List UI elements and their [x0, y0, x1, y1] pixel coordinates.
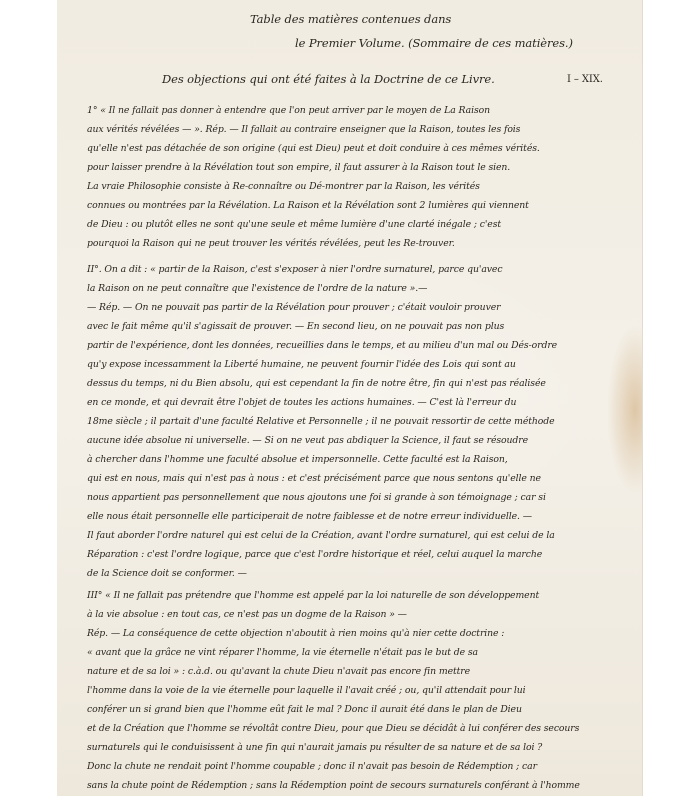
text-line: surnaturels qui le conduisissent à une f… — [87, 742, 542, 753]
text-line: de Dieu : ou plutôt elles ne sont qu'une… — [87, 219, 501, 230]
text-line: nature et de sa loi » : c.à.d. ou qu'ava… — [87, 666, 470, 677]
title-line-1: Table des matières contenues dans — [250, 12, 451, 26]
text-line: pour laisser prendre à la Révélation tou… — [87, 162, 510, 173]
text-line: Réparation : c'est l'ordre logique, parc… — [87, 549, 542, 560]
text-line: qu'elle n'est pas détachée de son origin… — [87, 143, 540, 154]
text-line: Donc la chute ne rendait point l'homme c… — [87, 761, 537, 772]
text-line: connues ou montrées par la Révélation. L… — [87, 200, 529, 211]
text-line: Rép. — La conséquence de cette objection… — [87, 628, 504, 639]
text-line: aux vérités révélées — ». Rép. — Il fall… — [87, 124, 520, 135]
text-line: — Rép. — On ne pouvait pas partir de la … — [87, 302, 500, 313]
text-line: de la Science doit se conformer. — — [87, 568, 247, 579]
text-line: III° « Il ne fallait pas prétendre que l… — [87, 590, 539, 601]
text-line: qui est en nous, mais qui n'est pas à no… — [87, 473, 541, 484]
text-line: avec le fait même qu'il s'agissait de pr… — [87, 321, 504, 332]
section-heading: Des objections qui ont été faites à la D… — [162, 72, 495, 86]
text-line: à chercher dans l'homme une faculté abso… — [87, 454, 508, 465]
text-line: conférer un si grand bien que l'homme eû… — [87, 704, 522, 715]
text-line: et de la Création que l'homme se révoltâ… — [87, 723, 579, 734]
text-line: Il faut aborder l'ordre naturel qui est … — [87, 530, 555, 541]
text-line: pourquoi la Raison qui ne peut trouver l… — [87, 238, 455, 249]
text-line: à la vie absolue : en tout cas, ce n'est… — [87, 609, 407, 620]
text-line: dessus du temps, ni du Bien absolu, qui … — [87, 378, 546, 389]
text-line: en ce monde, et qui devrait être l'objet… — [87, 397, 516, 408]
text-line: II°. On a dit : « partir de la Raison, c… — [87, 264, 502, 275]
text-line: qu'y expose incessamment la Liberté huma… — [87, 359, 516, 370]
text-line: l'homme dans la voie de la vie éternelle… — [87, 685, 526, 696]
text-line: 18me siècle ; il partait d'une faculté R… — [87, 416, 555, 427]
title-line-2: le Premier Volume. (Sommaire de ces mati… — [295, 36, 573, 50]
text-line: nous appartient pas personnellement que … — [87, 492, 546, 503]
text-line: la Raison on ne peut connaître que l'exi… — [87, 283, 427, 294]
text-line: La vraie Philosophie consiste à Re-conna… — [87, 181, 480, 192]
text-line: aucune idée absolue ni universelle. — Si… — [87, 435, 528, 446]
text-line: partir de l'expérience, dont les données… — [87, 340, 557, 351]
text-line: 1° « Il ne fallait pas donner à entendre… — [87, 105, 490, 116]
text-line: « avant que la grâce ne vint réparer l'h… — [87, 647, 478, 658]
section-range: I – XIX. — [567, 74, 603, 85]
manuscript-page: Table des matières contenues dans le Pre… — [57, 0, 642, 796]
text-line: elle nous était personnelle elle partici… — [87, 511, 532, 522]
text-line: sans la chute point de Rédemption ; sans… — [87, 780, 580, 791]
